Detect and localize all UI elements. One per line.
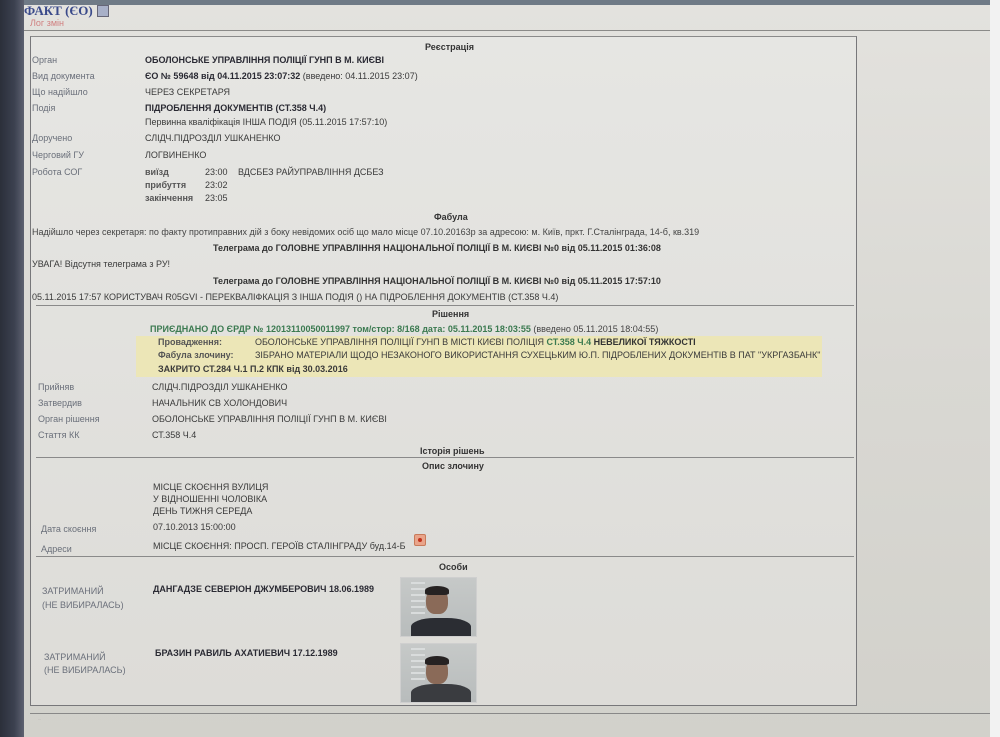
footer-divider [30, 713, 990, 714]
edit-icon[interactable] [97, 5, 109, 17]
telegram-2-text: 05.11.2015 17:57 КОРИСТУВАЧ R05GVI - ПЕР… [32, 292, 558, 302]
value-decision-organ: ОБОЛОНСЬКЕ УПРАВЛІННЯ ПОЛІЦІЇ ГУНП В М. … [152, 414, 387, 424]
proceeding-value: ОБОЛОНСЬКЕ УПРАВЛІННЯ ПОЛІЦІЇ ГУНП В МІС… [255, 337, 696, 347]
section-title-registration: Реєстрація [425, 42, 474, 52]
label-sog-work: Робота СОГ [32, 167, 82, 177]
person-2-photo[interactable] [400, 643, 477, 703]
page-title: ФАКТ (ЄО) [24, 3, 109, 19]
label-decision-organ: Орган рішення [38, 414, 100, 424]
plot-text: Надійшло через секретаря: по факту проти… [32, 227, 699, 237]
label-addresses: Адреси [41, 544, 72, 554]
label-doc-type: Вид документа [32, 71, 95, 81]
person-2-role: ЗАТРИМАНИЙ [44, 652, 106, 662]
value-cc-article: СТ.358 Ч.4 [152, 430, 196, 440]
crime-description-line-2: У ВІДНОШЕННІ ЧОЛОВІКА [153, 494, 267, 504]
label-duty-officer: Черговий ГУ [32, 150, 84, 160]
doc-entered: (введено: 04.11.2015 23:07) [300, 71, 417, 81]
sog-end-label: закінчення [145, 193, 193, 203]
decision-attached: ПРИЄДНАНО ДО ЄРДР № 12013110050011997 то… [150, 324, 658, 334]
person-1-name[interactable]: ДАНГАДЗЕ СЕВЕРІОН ДЖУМБЕРОВИЧ 18.06.1989 [153, 584, 374, 594]
changelog-link[interactable]: Лог змін [30, 18, 64, 28]
person-2-name[interactable]: БРАЗИН РАВИЛЬ АХАТИЕВИЧ 17.12.1989 [155, 648, 338, 658]
label-accepted-by: Прийняв [38, 382, 74, 392]
person-1-role: ЗАТРИМАНИЙ [42, 586, 104, 596]
proceeding-severity: НЕВЕЛИКОЇ ТЯЖКОСТІ [591, 337, 696, 347]
sog-departure-label: виїзд [145, 167, 169, 177]
decision-block: ПРИЄДНАНО ДО ЄРДР № 12013110050011997 то… [118, 302, 821, 374]
section-title-crime-description: Опис злочину [422, 461, 484, 471]
value-address: МІСЦЕ СКОЄННЯ: ПРОСП. ГЕРОЇВ СТАЛІНГРАДУ… [153, 541, 406, 551]
sog-end-time: 23:05 [205, 193, 228, 203]
page-title-text: ФАКТ (ЄО) [24, 3, 93, 19]
telegram-1-title: Телеграма до ГОЛОВНЕ УПРАВЛІННЯ НАЦІОНАЛ… [213, 243, 661, 253]
label-event: Подія [32, 103, 55, 113]
monitor-bezel [0, 0, 24, 737]
proceeding-organ: ОБОЛОНСЬКЕ УПРАВЛІННЯ ПОЛІЦІЇ ГУНП В МІС… [255, 337, 546, 347]
decision-attached-entered: (введено 05.11.2015 18:04:55) [531, 324, 658, 334]
label-received-via: Що надійшло [32, 87, 88, 97]
sog-departure-time: 23:00 [205, 167, 228, 177]
sog-arrival-label: прибуття [145, 180, 186, 190]
map-marker-icon[interactable] [414, 534, 426, 546]
crime-plot-label: Фабула злочину: [158, 350, 234, 360]
divider-crime-description [36, 457, 854, 458]
value-crime-date: 07.10.2013 15:00:00 [153, 522, 236, 532]
person-1-note: (НЕ ВИБИРАЛАСЬ) [42, 600, 124, 610]
value-assigned: СЛІДЧ.ПІДРОЗДІЛ УШКАНЕНКО [145, 133, 281, 143]
label-assigned: Доручено [32, 133, 72, 143]
decision-attached-erdr: ПРИЄДНАНО ДО ЄРДР № 12013110050011997 то… [150, 324, 531, 334]
label-crime-date: Дата скоєння [41, 524, 96, 534]
value-organ: ОБОЛОНСЬКЕ УПРАВЛІННЯ ПОЛІЦІЇ ГУНП В М. … [145, 55, 384, 65]
section-title-plot: Фабула [434, 212, 468, 222]
value-event: ПІДРОБЛЕННЯ ДОКУМЕНТІВ (СТ.358 Ч.4) [145, 103, 326, 113]
person-2-note: (НЕ ВИБИРАЛАСЬ) [44, 665, 126, 675]
crime-description-line-3: ДЕНЬ ТИЖНЯ СЕРЕДА [153, 506, 252, 516]
label-cc-article: Стаття КК [38, 430, 79, 440]
sog-arrival-time: 23:02 [205, 180, 228, 190]
doc-number: ЄО № 59648 від 04.11.2015 23:07:32 [145, 71, 300, 81]
sog-unit: ВДСБЕЗ РАЙУПРАВЛІННЯ ДСБЕЗ [238, 167, 384, 177]
divider-persons [36, 556, 854, 557]
header-divider [24, 30, 990, 31]
decision-closed: ЗАКРИТО СТ.284 Ч.1 П.2 КПК від 30.03.201… [158, 364, 348, 374]
label-approved-by: Затвердив [38, 398, 82, 408]
telegram-1-text: УВАГА! Відсутня телеграма з РУ! [32, 259, 170, 269]
sog-times: виїзд 23:00 ВДСБЕЗ РАЙУПРАВЛІННЯ ДСБЕЗ п… [145, 167, 445, 207]
section-title-persons: Особи [439, 562, 468, 572]
value-event-primary-qualification: Первинна кваліфікація ІНША ПОДІЯ (05.11.… [145, 117, 387, 127]
decision-history-link[interactable]: Історія рішень [420, 446, 485, 456]
footer-text: … [38, 717, 41, 721]
value-received-via: ЧЕРЕЗ СЕКРЕТАРЯ [145, 87, 230, 97]
proceeding-article: СТ.358 Ч.4 [546, 337, 591, 347]
value-duty-officer: ЛОГВИНЕНКО [145, 150, 206, 160]
value-approved-by: НАЧАЛЬНИК СВ ХОЛОНДОВИЧ [152, 398, 287, 408]
right-edge-strip [990, 0, 1000, 737]
person-1-photo[interactable] [400, 577, 477, 637]
label-organ: Орган [32, 55, 57, 65]
value-accepted-by: СЛІДЧ.ПІДРОЗДІЛ УШКАНЕНКО [152, 382, 288, 392]
telegram-2-title: Телеграма до ГОЛОВНЕ УПРАВЛІННЯ НАЦІОНАЛ… [213, 276, 661, 286]
value-doc-type: ЄО № 59648 від 04.11.2015 23:07:32 (введ… [145, 71, 418, 81]
crime-plot-value: ЗІБРАНО МАТЕРІАЛИ ЩОДО НЕЗАКОНОГО ВИКОРИ… [255, 350, 820, 360]
crime-description-line-1: МІСЦЕ СКОЄННЯ ВУЛИЦЯ [153, 482, 268, 492]
proceeding-label: Провадження: [158, 337, 222, 347]
